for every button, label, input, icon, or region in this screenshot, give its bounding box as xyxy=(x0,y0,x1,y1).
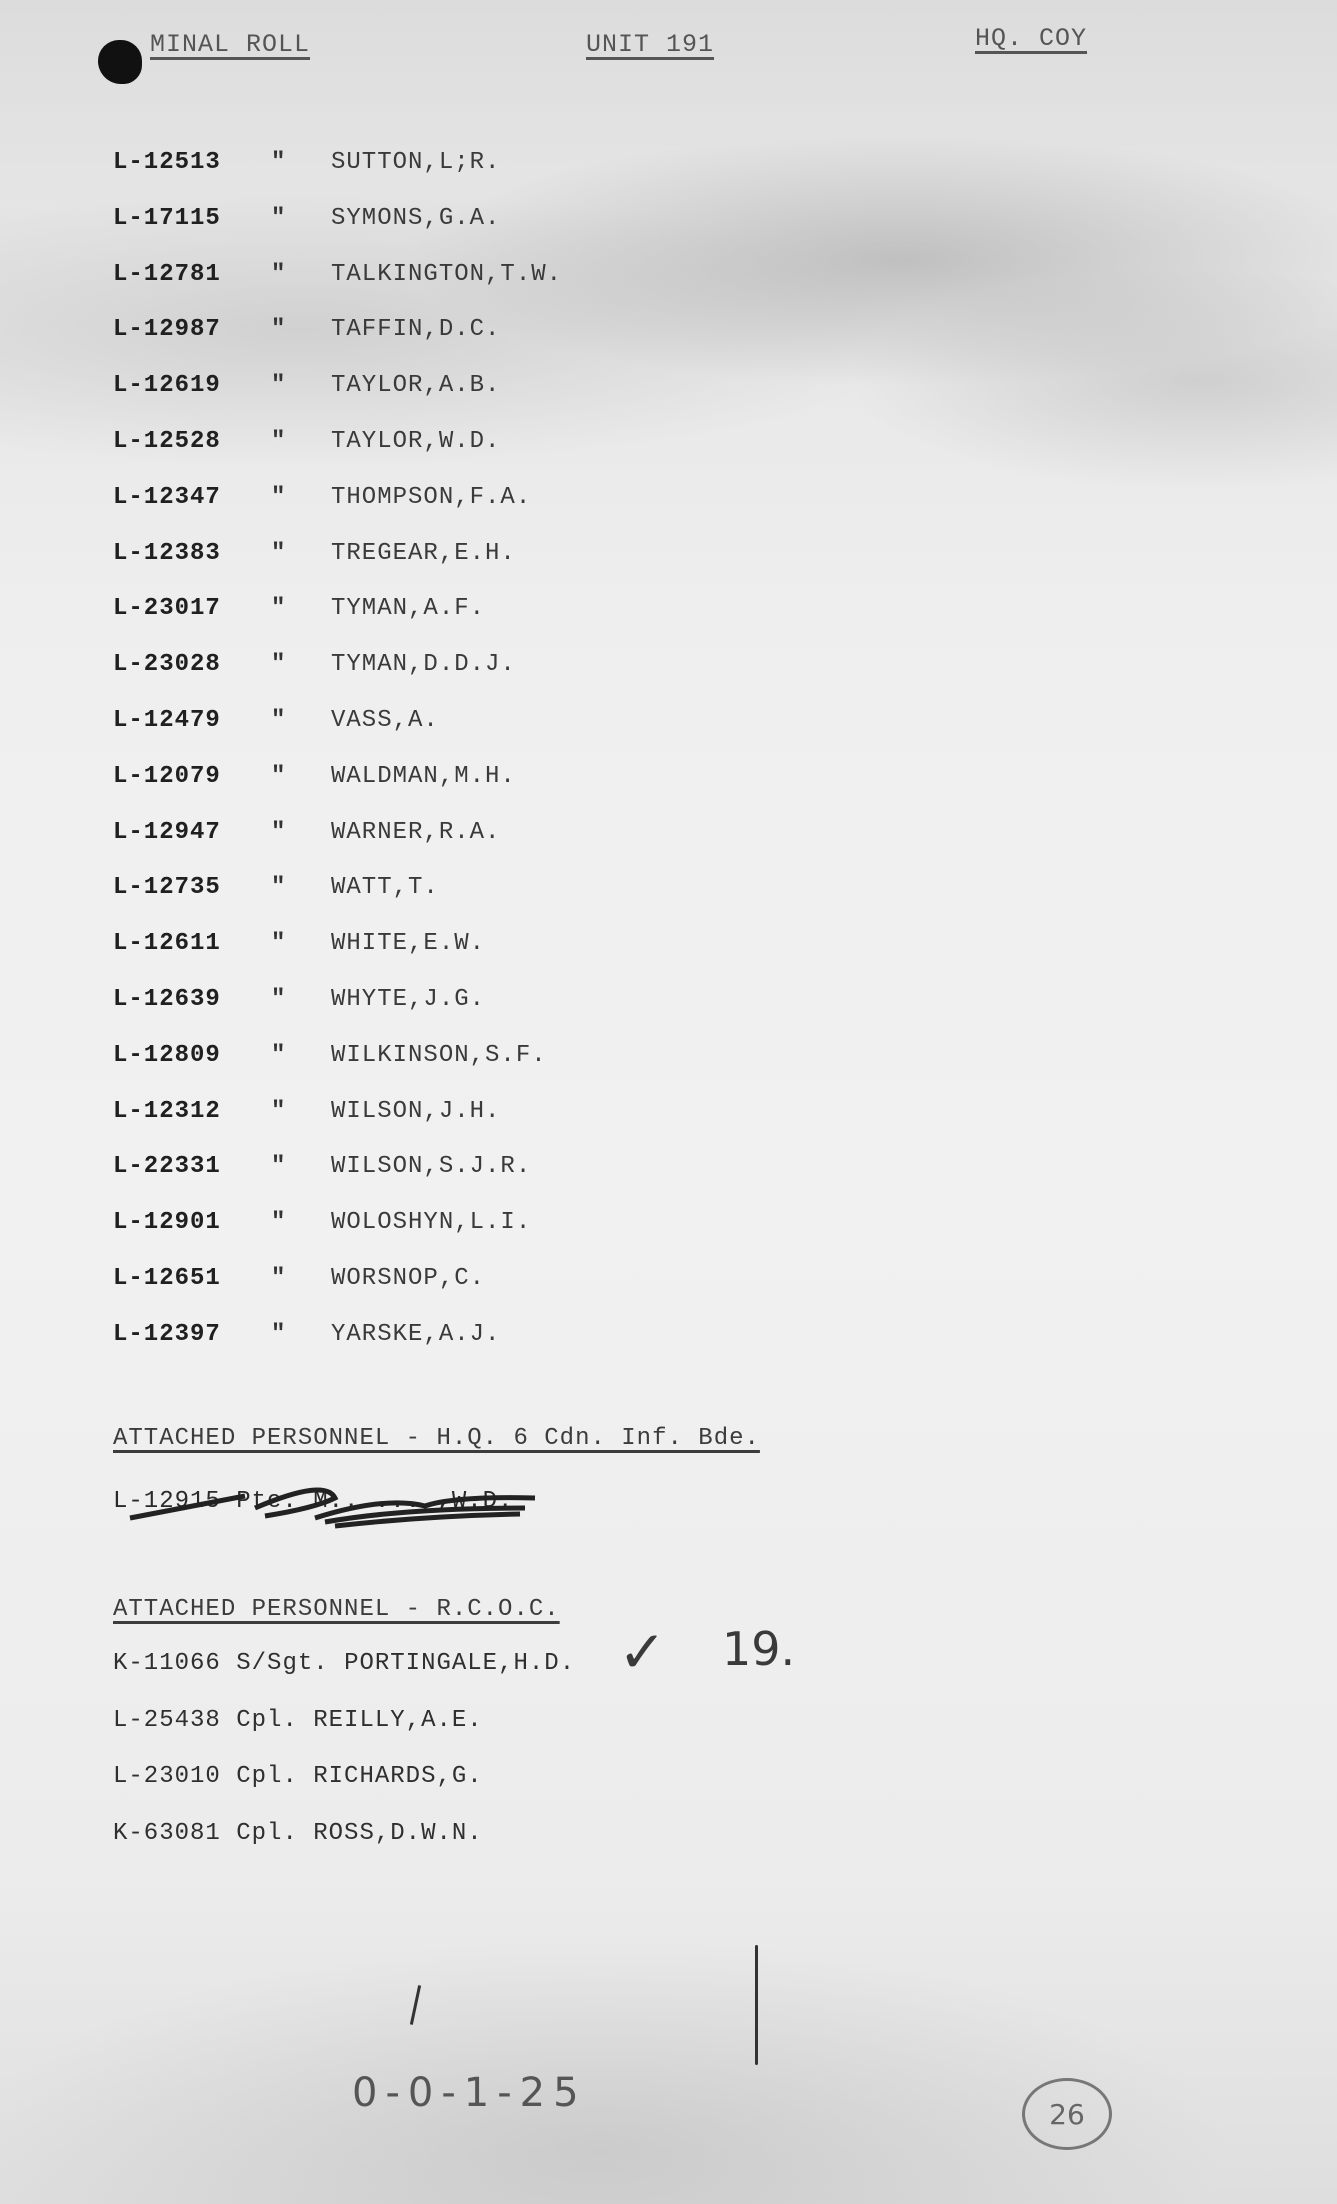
member-name: WATT,T. xyxy=(331,873,439,903)
member-name: WILSON,S.J.R. xyxy=(331,1152,531,1182)
service-number: L-12611 xyxy=(113,929,221,959)
company-label: HQ. COY xyxy=(975,24,1087,53)
attached-bde-heading: ATTACHED PERSONNEL - H.Q. 6 Cdn. Inf. Bd… xyxy=(113,1425,760,1452)
service-number: L-12079 xyxy=(113,762,221,792)
member-name: REILLY,A.E. xyxy=(313,1707,482,1734)
attached-entry: L-23010 Cpl. RICHARDS,G. xyxy=(113,1763,483,1790)
member-name: THOMPSON,F.A. xyxy=(331,483,531,513)
service-number: L-23010 xyxy=(113,1763,221,1790)
service-number: L-12397 xyxy=(113,1320,221,1350)
service-number: L-12781 xyxy=(113,260,221,290)
strikethrough-scribble xyxy=(125,1478,545,1538)
document-title: MINAL ROLL xyxy=(150,30,310,59)
attached-entry: K-11066 S/Sgt. PORTINGALE,H.D. xyxy=(113,1650,575,1677)
member-name: TREGEAR,E.H. xyxy=(331,539,516,569)
rank-ditto: " xyxy=(271,315,286,345)
member-name: ROSS,D.W.N. xyxy=(313,1820,482,1847)
rank-ditto: " xyxy=(271,1152,286,1182)
member-name: WHITE,E.W. xyxy=(331,929,485,959)
rank-ditto: " xyxy=(271,148,286,178)
service-number: L-25438 xyxy=(113,1707,221,1734)
member-name: WORSNOP,C. xyxy=(331,1264,485,1294)
rank-ditto: " xyxy=(271,539,286,569)
member-name: WOLOSHYN,L.I. xyxy=(331,1208,531,1238)
service-number: L-23017 xyxy=(113,594,221,624)
attached-entry: L-25438 Cpl. REILLY,A.E. xyxy=(113,1707,483,1734)
rank: Cpl. xyxy=(236,1820,298,1847)
rank-ditto: " xyxy=(271,371,286,401)
service-number: L-12901 xyxy=(113,1208,221,1238)
member-name: WHYTE,J.G. xyxy=(331,985,485,1015)
service-number: L-12651 xyxy=(113,1264,221,1294)
tally-check-mark: ✓ xyxy=(618,1618,667,1686)
rank-ditto: " xyxy=(271,873,286,903)
rank-ditto: " xyxy=(271,204,286,234)
service-number: L-12513 xyxy=(113,148,221,178)
page-number: 26 xyxy=(1022,2078,1112,2150)
rank-ditto: " xyxy=(271,1041,286,1071)
member-name: TYMAN,A.F. xyxy=(331,594,485,624)
rank-ditto: " xyxy=(271,985,286,1015)
member-name: VASS,A. xyxy=(331,706,439,736)
rank-ditto: " xyxy=(271,650,286,680)
member-name: TAFFIN,D.C. xyxy=(331,315,500,345)
member-name: TALKINGTON,T.W. xyxy=(331,260,562,290)
rank-ditto: " xyxy=(271,1320,286,1350)
member-name: WARNER,R.A. xyxy=(331,818,500,848)
service-number: L-12479 xyxy=(113,706,221,736)
service-number: L-12383 xyxy=(113,539,221,569)
rank: S/Sgt. xyxy=(236,1650,328,1677)
service-number: L-17115 xyxy=(113,204,221,234)
service-number: L-22331 xyxy=(113,1152,221,1182)
service-number: L-12347 xyxy=(113,483,221,513)
tally-count: 19. xyxy=(722,1622,795,1676)
attached-rcoc-heading: ATTACHED PERSONNEL - R.C.O.C. xyxy=(113,1596,560,1623)
rank-ditto: " xyxy=(271,929,286,959)
rank-ditto: " xyxy=(271,1097,286,1127)
service-number: L-12987 xyxy=(113,315,221,345)
member-name: WALDMAN,M.H. xyxy=(331,762,516,792)
rank-ditto: " xyxy=(271,594,286,624)
attached-entry: K-63081 Cpl. ROSS,D.W.N. xyxy=(113,1820,483,1847)
service-number: L-12312 xyxy=(113,1097,221,1127)
rank-ditto: " xyxy=(271,1208,286,1238)
member-name: WILSON,J.H. xyxy=(331,1097,500,1127)
member-name: TAYLOR,W.D. xyxy=(331,427,500,457)
member-name: RICHARDS,G. xyxy=(313,1763,482,1790)
service-number: L-12735 xyxy=(113,873,221,903)
service-number: L-12619 xyxy=(113,371,221,401)
service-number: L-12639 xyxy=(113,985,221,1015)
member-name: WILKINSON,S.F. xyxy=(331,1041,547,1071)
rank-ditto: " xyxy=(271,483,286,513)
rank-ditto: " xyxy=(271,427,286,457)
rank-ditto: " xyxy=(271,706,286,736)
page-number-text: 26 xyxy=(1049,2098,1085,2131)
member-name: SYMONS,G.A. xyxy=(331,204,500,234)
rank-ditto: " xyxy=(271,260,286,290)
member-name: TAYLOR,A.B. xyxy=(331,371,500,401)
service-number: K-63081 xyxy=(113,1820,221,1847)
service-number: L-23028 xyxy=(113,650,221,680)
rank-ditto: " xyxy=(271,762,286,792)
rank-ditto: " xyxy=(271,818,286,848)
file-reference: 0-0-1-25 xyxy=(352,2070,587,2116)
service-number: L-12809 xyxy=(113,1041,221,1071)
service-number: K-11066 xyxy=(113,1650,221,1677)
member-name: YARSKE,A.J. xyxy=(331,1320,500,1350)
member-name: TYMAN,D.D.J. xyxy=(331,650,516,680)
service-number: L-12947 xyxy=(113,818,221,848)
service-number: L-12528 xyxy=(113,427,221,457)
member-name: SUTTON,L;R. xyxy=(331,148,500,178)
rank: Cpl. xyxy=(236,1763,298,1790)
rank: Cpl. xyxy=(236,1707,298,1734)
pencil-bracket xyxy=(755,1945,758,2065)
rank-ditto: " xyxy=(271,1264,286,1294)
ink-blot xyxy=(98,40,142,84)
member-name: PORTINGALE,H.D. xyxy=(344,1650,575,1677)
unit-label: UNIT 191 xyxy=(586,30,714,59)
